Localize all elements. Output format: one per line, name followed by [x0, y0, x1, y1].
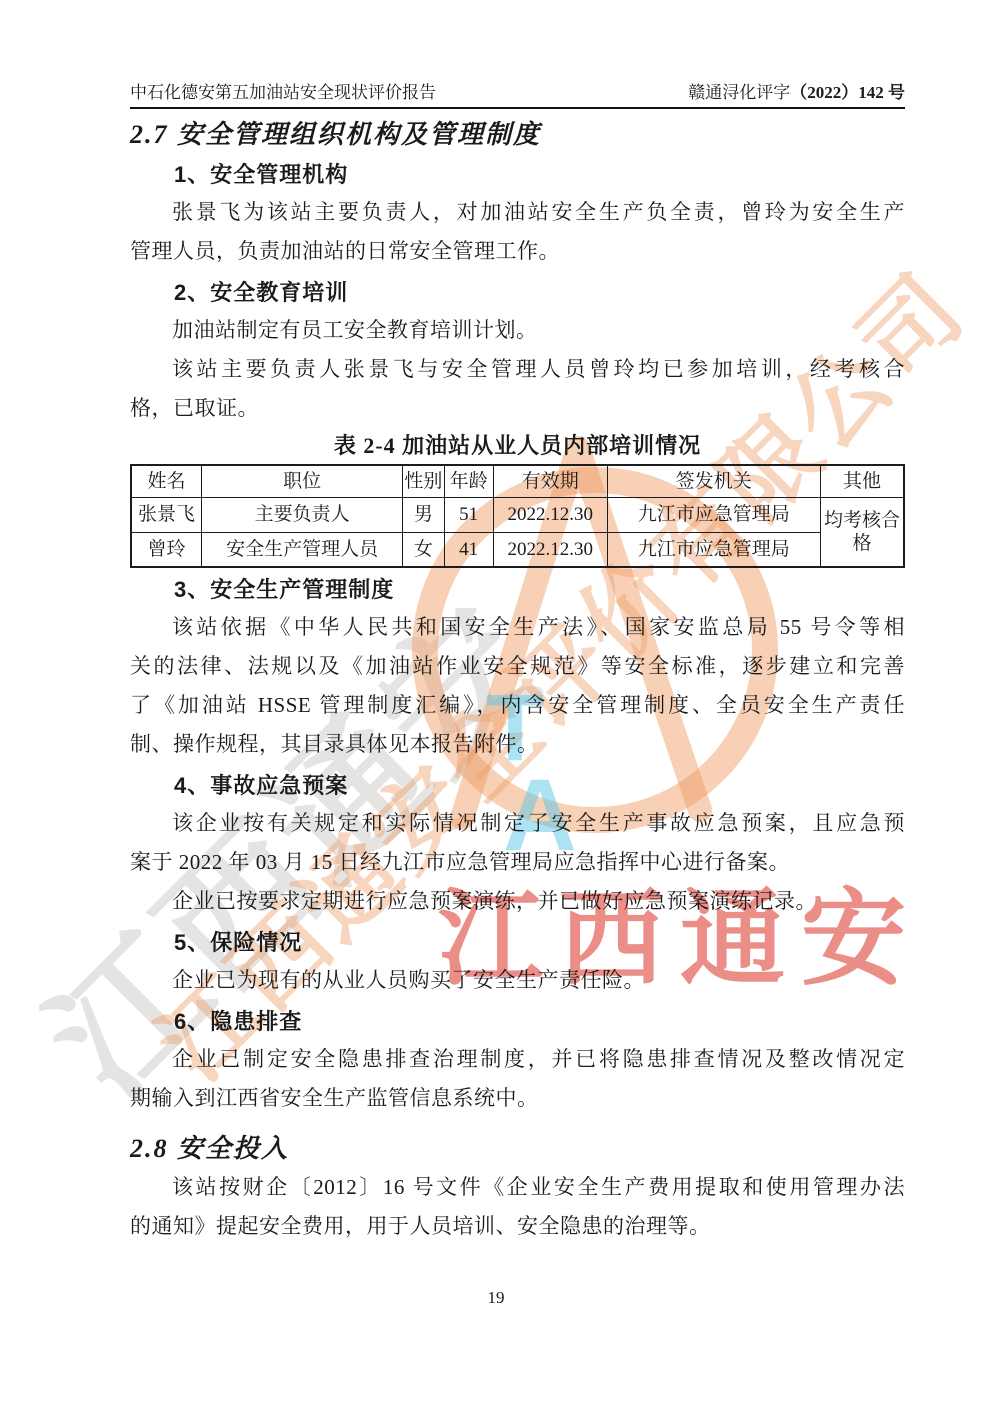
sub-heading: 6、隐患排查 [174, 1004, 905, 1040]
sub-heading: 4、事故应急预案 [174, 768, 905, 804]
paragraph-line: 案于 2022 年 03 月 15 日经九江市应急管理局应急指挥中心进行备案。 [130, 843, 905, 882]
paragraph-line: 管理人员，负责加油站的日常安全管理工作。 [130, 232, 905, 271]
header-doc-number-code: （2022）142 号 [790, 83, 905, 102]
table-cell: 安全生产管理人员 [201, 532, 402, 567]
header-divider [130, 107, 905, 109]
paragraph-line: 企业已制定安全隐患排查治理制度，并已将隐患排查情况及整改情况定 [130, 1040, 905, 1079]
paragraph-line: 张景飞为该站主要负责人，对加油站安全生产负全责，曾玲为安全生产 [130, 193, 905, 232]
table-header-row: 姓名职位性别年龄有效期签发机关其他 [131, 465, 904, 497]
paragraph-line: 的通知》提起安全费用，用于人员培训、安全隐患的治理等。 [130, 1207, 905, 1246]
table-cell: 女 [403, 532, 444, 567]
table-header-cell: 有效期 [493, 465, 607, 497]
table-cell: 男 [403, 497, 444, 532]
header-doc-number-prefix: 赣通浔化评字 [688, 83, 790, 102]
document-page: 江西通安 江西通安全评价有限公司 T A 江西通安 中石化德安第五加油站安全现状… [0, 0, 992, 1403]
paragraph-line: 期输入到江西省安全生产监管信息系统中。 [130, 1079, 905, 1118]
table-header-cell: 其他 [820, 465, 904, 497]
table-title: 表 2-4 加油站从业人员内部培训情况 [130, 432, 905, 460]
table-cell: 九江市应急管理局 [607, 497, 820, 532]
document-body: 2.7 安全管理组织机构及管理制度1、安全管理机构张景飞为该站主要负责人，对加油… [130, 117, 905, 1246]
paragraph-line: 该企业按有关规定和实际情况制定了安全生产事故应急预案，且应急预 [130, 804, 905, 843]
paragraph-line: 格，已取证。 [130, 389, 905, 428]
table-cell: 张景飞 [131, 497, 201, 532]
table-cell: 2022.12.30 [493, 532, 607, 567]
training-table: 姓名职位性别年龄有效期签发机关其他张景飞主要负责人男512022.12.30九江… [130, 464, 905, 568]
table-cell: 主要负责人 [201, 497, 402, 532]
paragraph-line: 企业已按要求定期进行应急预案演练，并已做好应急预案演练记录。 [130, 882, 905, 921]
sub-heading: 2、安全教育培训 [174, 275, 905, 311]
table-row: 张景飞主要负责人男512022.12.30九江市应急管理局均考核合格 [131, 497, 904, 532]
paragraph-line: 该站按财企〔2012〕16 号文件《企业安全生产费用提取和使用管理办法 [130, 1168, 905, 1207]
table-header-cell: 职位 [201, 465, 402, 497]
sub-heading: 5、保险情况 [174, 925, 905, 961]
sub-heading: 3、安全生产管理制度 [174, 572, 905, 608]
table-cell: 41 [444, 532, 493, 567]
sub-heading: 1、安全管理机构 [174, 157, 905, 193]
table-header-cell: 姓名 [131, 465, 201, 497]
table-header-cell: 签发机关 [607, 465, 820, 497]
paragraph-line: 加油站制定有员工安全教育培训计划。 [130, 311, 905, 350]
paragraph-line: 企业已为现有的从业人员购买了安全生产责任险。 [130, 961, 905, 1000]
table-merged-cell: 均考核合格 [820, 497, 904, 567]
table-cell: 九江市应急管理局 [607, 532, 820, 567]
content-area: 中石化德安第五加油站安全现状评价报告 赣通浔化评字（2022）142 号 2.7… [130, 0, 905, 1246]
table-cell: 2022.12.30 [493, 497, 607, 532]
paragraph-line: 该站依据《中华人民共和国安全生产法》、国家安监总局 55 号令等相 [130, 608, 905, 647]
paragraph-line: 该站主要负责人张景飞与安全管理人员曾玲均已参加培训，经考核合 [130, 350, 905, 389]
section-heading: 2.8 安全投入 [130, 1130, 905, 1168]
page-header: 中石化德安第五加油站安全现状评价报告 赣通浔化评字（2022）142 号 [130, 0, 905, 104]
table-cell: 51 [444, 497, 493, 532]
paragraph-line: 了《加油站 HSSE 管理制度汇编》，内含安全管理制度、全员安全生产责任 [130, 686, 905, 725]
section-heading: 2.7 安全管理组织机构及管理制度 [130, 117, 905, 153]
paragraph-line: 制、操作规程，其目录具体见本报告附件。 [130, 725, 905, 764]
table-header-cell: 性别 [403, 465, 444, 497]
table-row: 曾玲安全生产管理人员女412022.12.30九江市应急管理局 [131, 532, 904, 567]
page-number: 19 [0, 1288, 992, 1308]
header-doc-number: 赣通浔化评字（2022）142 号 [688, 82, 905, 104]
paragraph-line: 关的法律、法规以及《加油站作业安全规范》等安全标准，逐步建立和完善 [130, 647, 905, 686]
header-report-title: 中石化德安第五加油站安全现状评价报告 [130, 82, 436, 104]
table-cell: 曾玲 [131, 532, 201, 567]
table-header-cell: 年龄 [444, 465, 493, 497]
